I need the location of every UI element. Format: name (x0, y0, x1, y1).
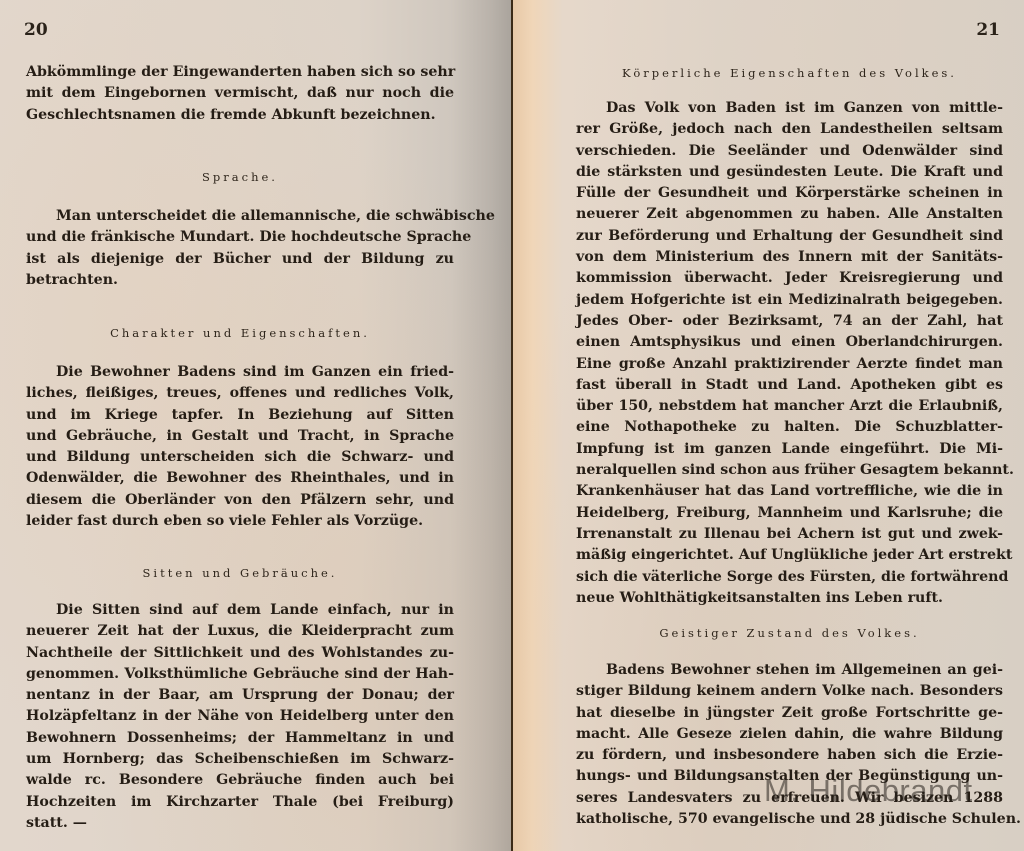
text-line: walde rc. Besondere Gebräuche finden auc… (26, 770, 454, 791)
paragraph-koerperliche: Das Volk von Baden ist im Ganzen von mit… (576, 98, 1003, 609)
text-line: diesem die Oberländer von den Pfälzern s… (26, 490, 454, 511)
text-line: Die Bewohner Badens sind im Ganzen ein f… (26, 362, 454, 383)
text-line: fast überall in Stadt und Land. Apotheke… (576, 375, 1003, 396)
text-line: mit dem Eingebornen vermischt, daß nur n… (26, 83, 454, 104)
text-line: stiger Bildung keinem andern Volke nach.… (576, 681, 1003, 702)
page-number-right: 21 (976, 20, 1000, 40)
text-line: eine Nothapotheke zu halten. Die Schuzbl… (576, 417, 1003, 438)
text-line: leider fast durch eben so viele Fehler a… (26, 511, 454, 532)
text-line: Badens Bewohner stehen im Allgemeinen an… (576, 660, 1003, 681)
text-line: die stärksten und gesündesten Leute. Die… (576, 162, 1003, 183)
text-line: neralquellen sind schon aus früher Gesag… (576, 460, 1003, 481)
text-line: neue Wohlthätigkeitsanstalten ins Leben … (576, 588, 1003, 609)
text-line: Jedes Ober- oder Bezirksamt, 74 an der Z… (576, 311, 1003, 332)
left-page: 20 Abkömmlinge der Eingewanderten haben … (0, 0, 512, 851)
text-line: und die fränkische Mundart. Die hochdeut… (26, 227, 454, 248)
text-line: Heidelberg, Freiburg, Mannheim und Karls… (576, 503, 1003, 524)
text-line: verschieden. Die Seeländer und Odenwälde… (576, 141, 1003, 162)
text-line: betrachten. (26, 270, 454, 291)
text-line: Impfung ist im ganzen Lande eingeführt. … (576, 439, 1003, 460)
section-heading-koerperliche: Körperliche Eigenschaften des Volkes. (576, 66, 1003, 80)
text-line: rer Größe, jedoch nach den Landestheilen… (576, 119, 1003, 140)
section-heading-sitten: Sitten und Gebräuche. (26, 566, 454, 580)
text-line: Eine große Anzahl praktizirender Aerzte … (576, 354, 1003, 375)
text-line: zur Beförderung und Erhaltung der Gesund… (576, 226, 1003, 247)
text-line: und im Kriege tapfer. In Beziehung auf S… (26, 405, 454, 426)
text-line: mäßig eingerichtet. Auf Unglükliche jede… (576, 545, 1003, 566)
text-line: sich die väterliche Sorge des Fürsten, d… (576, 567, 1003, 588)
text-line: neuerer Zeit hat der Luxus, die Kleiderp… (26, 621, 454, 642)
text-line: Abkömmlinge der Eingewanderten haben sic… (26, 62, 454, 83)
text-line: Das Volk von Baden ist im Ganzen von mit… (576, 98, 1003, 119)
text-line: einen Amtsphysikus und einen Oberlandchi… (576, 332, 1003, 353)
text-line: Irrenanstalt zu Illenau bei Achern ist g… (576, 524, 1003, 545)
text-line: zu fördern, und insbesondere haben sich … (576, 745, 1003, 766)
text-line: liches, fleißiges, treues, offenes und r… (26, 383, 454, 404)
text-line: kommission überwacht. Jeder Kreisregieru… (576, 268, 1003, 289)
section-heading-sprache: Sprache. (26, 170, 454, 184)
text-line: um Hornberg; das Scheibenschießen im Sch… (26, 749, 454, 770)
text-line: und Gebräuche, in Gestalt und Tracht, in… (26, 426, 454, 447)
text-line: Geschlechtsnamen die fremde Abkunft beze… (26, 105, 454, 126)
text-line: Fülle der Gesundheit und Körperstärke sc… (576, 183, 1003, 204)
paragraph-charakter: Die Bewohner Badens sind im Ganzen ein f… (26, 362, 454, 532)
paragraph-sprache: Man unterscheidet die allemannische, die… (26, 206, 454, 291)
text-line: Bewohnern Dossenheims; der Hammeltanz in… (26, 728, 454, 749)
intro-paragraph: Abkömmlinge der Eingewanderten haben sic… (26, 62, 454, 126)
text-line: über 150, nebstdem hat mancher Arzt die … (576, 396, 1003, 417)
text-line: Die Sitten sind auf dem Lande einfach, n… (26, 600, 454, 621)
text-line: macht. Alle Geseze zielen dahin, die wah… (576, 724, 1003, 745)
paragraph-sitten: Die Sitten sind auf dem Lande einfach, n… (26, 600, 454, 834)
section-heading-geistiger: Geistiger Zustand des Volkes. (576, 626, 1003, 640)
text-line: hungs- und Bildungsanstalten der Begünst… (576, 766, 1003, 787)
text-line: Odenwälder, die Bewohner des Rheinthales… (26, 468, 454, 489)
text-line: nentanz in der Baar, am Ursprung der Don… (26, 685, 454, 706)
section-heading-charakter: Charakter und Eigenschaften. (26, 326, 454, 340)
text-line: hat dieselbe in jüngster Zeit große Fort… (576, 703, 1003, 724)
text-line: Nachtheile der Sittlichkeit und des Wohl… (26, 643, 454, 664)
paragraph-geistiger: Badens Bewohner stehen im Allgemeinen an… (576, 660, 1003, 830)
book-gutter (511, 0, 513, 851)
text-line: katholische, 570 evangelische und 28 jüd… (576, 809, 1003, 830)
text-line: Krankenhäuser hat das Land vortreffliche… (576, 481, 1003, 502)
text-line: statt. — (26, 813, 454, 834)
text-line: ist als diejenige der Bücher und der Bil… (26, 249, 454, 270)
text-line: Hochzeiten im Kirchzarter Thale (bei Fre… (26, 792, 454, 813)
text-line: von dem Ministerium des Innern mit der S… (576, 247, 1003, 268)
text-line: Holzäpfeltanz in der Nähe von Heidelberg… (26, 706, 454, 727)
text-line: seres Landesvaters zu erfreuen. Wir besi… (576, 788, 1003, 809)
page-number-left: 20 (24, 20, 48, 40)
text-line: und Bildung unterscheiden sich die Schwa… (26, 447, 454, 468)
text-line: jedem Hofgerichte ist ein Medizinalrath … (576, 290, 1003, 311)
text-line: Man unterscheidet die allemannische, die… (26, 206, 454, 227)
text-line: neuerer Zeit abgenommen zu haben. Alle A… (576, 204, 1003, 225)
text-line: genommen. Volksthümliche Gebräuche sind … (26, 664, 454, 685)
book-spread: 20 Abkömmlinge der Eingewanderten haben … (0, 0, 1024, 851)
